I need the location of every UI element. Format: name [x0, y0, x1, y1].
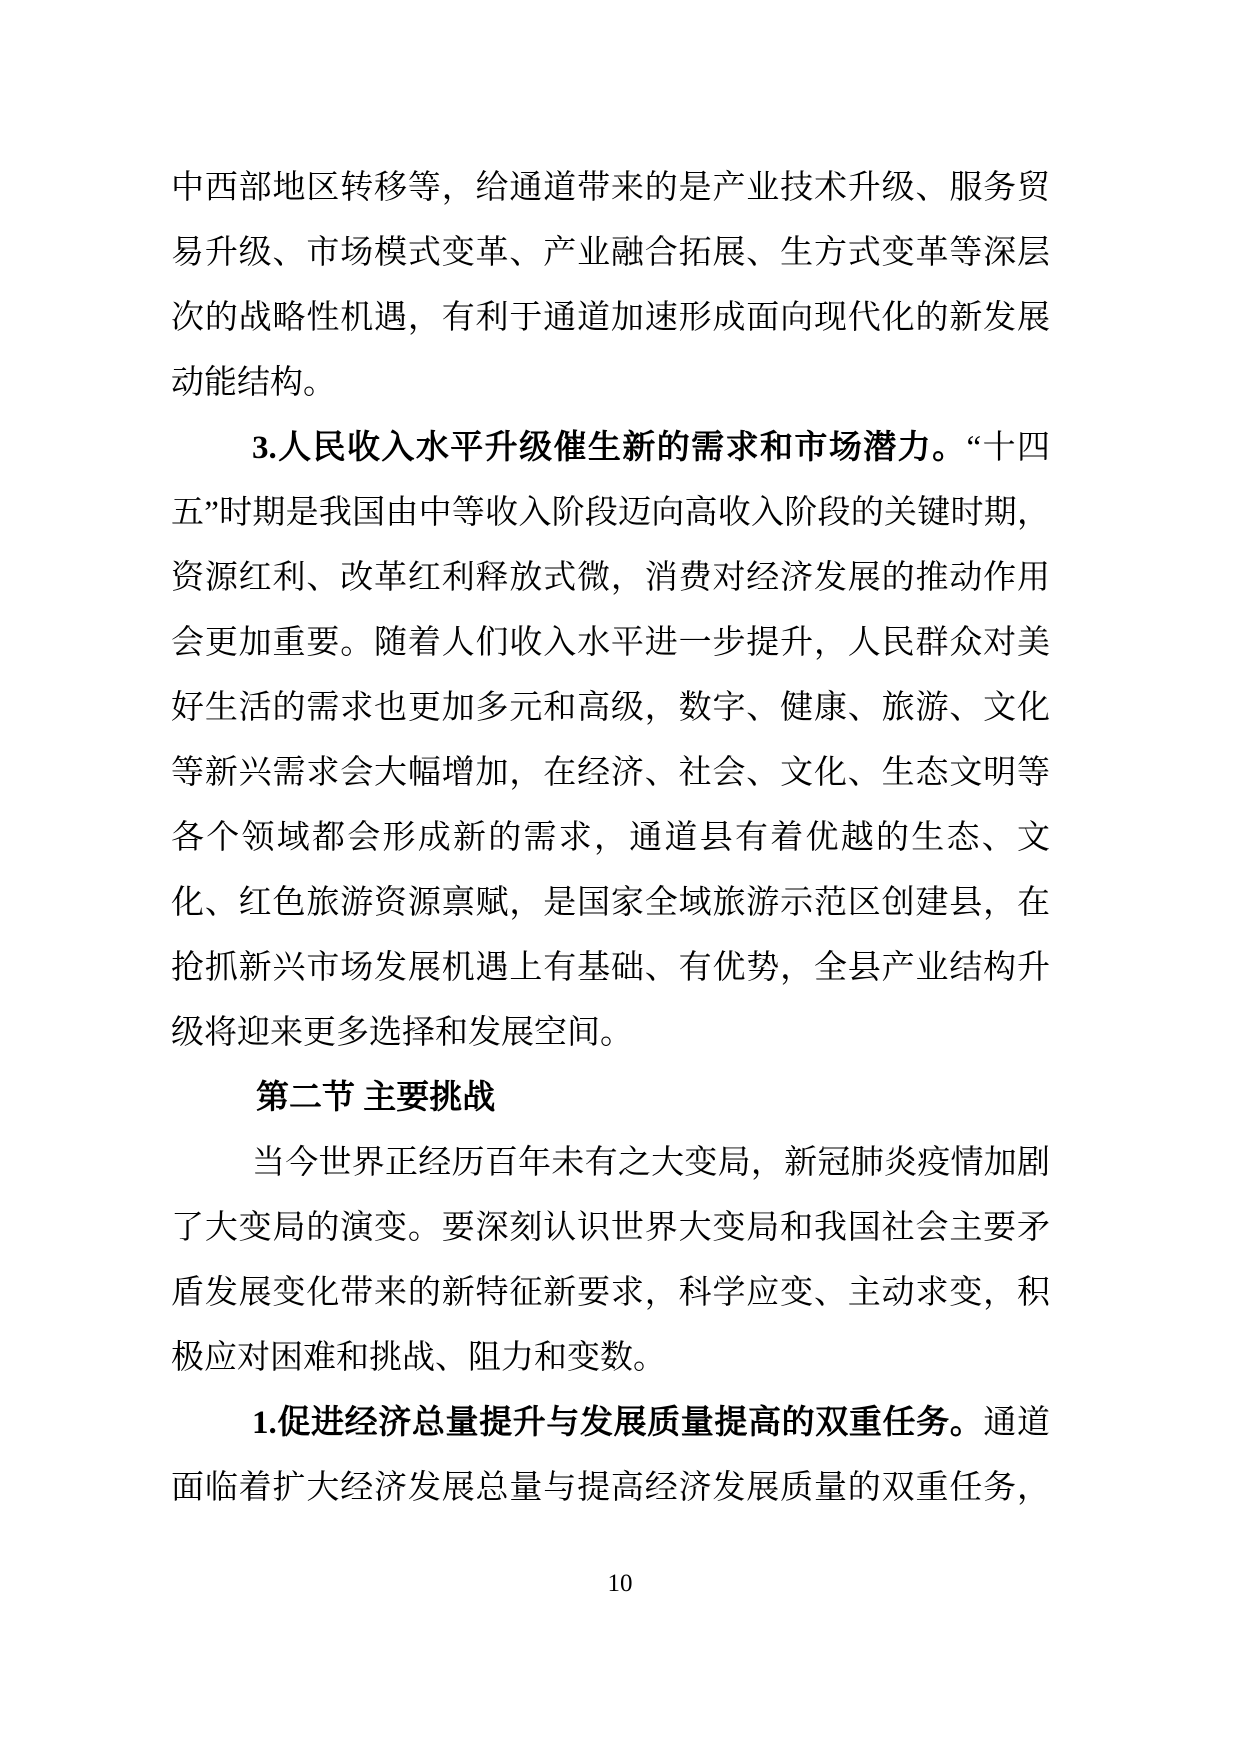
bold-text-segment: 1.促进经济总量提升与发展质量提高的双重任务。: [252, 1405, 983, 1441]
text-segment: 当今世界正经历百年未有之大变局，新冠肺炎疫情加剧了大变局的演变。要深刻认识世界大…: [171, 1145, 1050, 1376]
paragraph-income-upgrade: 3.人民收入水平升级催生新的需求和市场潜力。“十四五”时期是我国由中等收入阶段迈…: [171, 416, 1050, 1066]
bold-text-segment: 第二节 主要挑战: [256, 1080, 495, 1116]
bold-text-segment: 3.人民收入水平升级催生新的需求和市场潜力。: [252, 430, 967, 466]
paragraph-dual-task: 1.促进经济总量提升与发展质量提高的双重任务。通道面临着扩大经济发展总量与提高经…: [171, 1391, 1050, 1521]
text-segment: “十四五”时期是我国由中等收入阶段迈向高收入阶段的关键时期，资源红利、改革红利释…: [171, 430, 1050, 1051]
page-number: 10: [0, 1568, 1240, 1600]
paragraph-global-changes: 当今世界正经历百年未有之大变局，新冠肺炎疫情加剧了大变局的演变。要深刻认识世界大…: [171, 1131, 1050, 1391]
paragraph-strategic-opportunity: 中西部地区转移等，给通道带来的是产业技术升级、服务贸易升级、市场模式变革、产业融…: [171, 156, 1050, 416]
section-heading-main-challenges: 第二节 主要挑战: [171, 1066, 1050, 1131]
text-segment: 中西部地区转移等，给通道带来的是产业技术升级、服务贸易升级、市场模式变革、产业融…: [171, 170, 1050, 401]
document-page: 中西部地区转移等，给通道带来的是产业技术升级、服务贸易升级、市场模式变革、产业融…: [0, 0, 1240, 1754]
document-body: 中西部地区转移等，给通道带来的是产业技术升级、服务贸易升级、市场模式变革、产业融…: [171, 156, 1050, 1521]
